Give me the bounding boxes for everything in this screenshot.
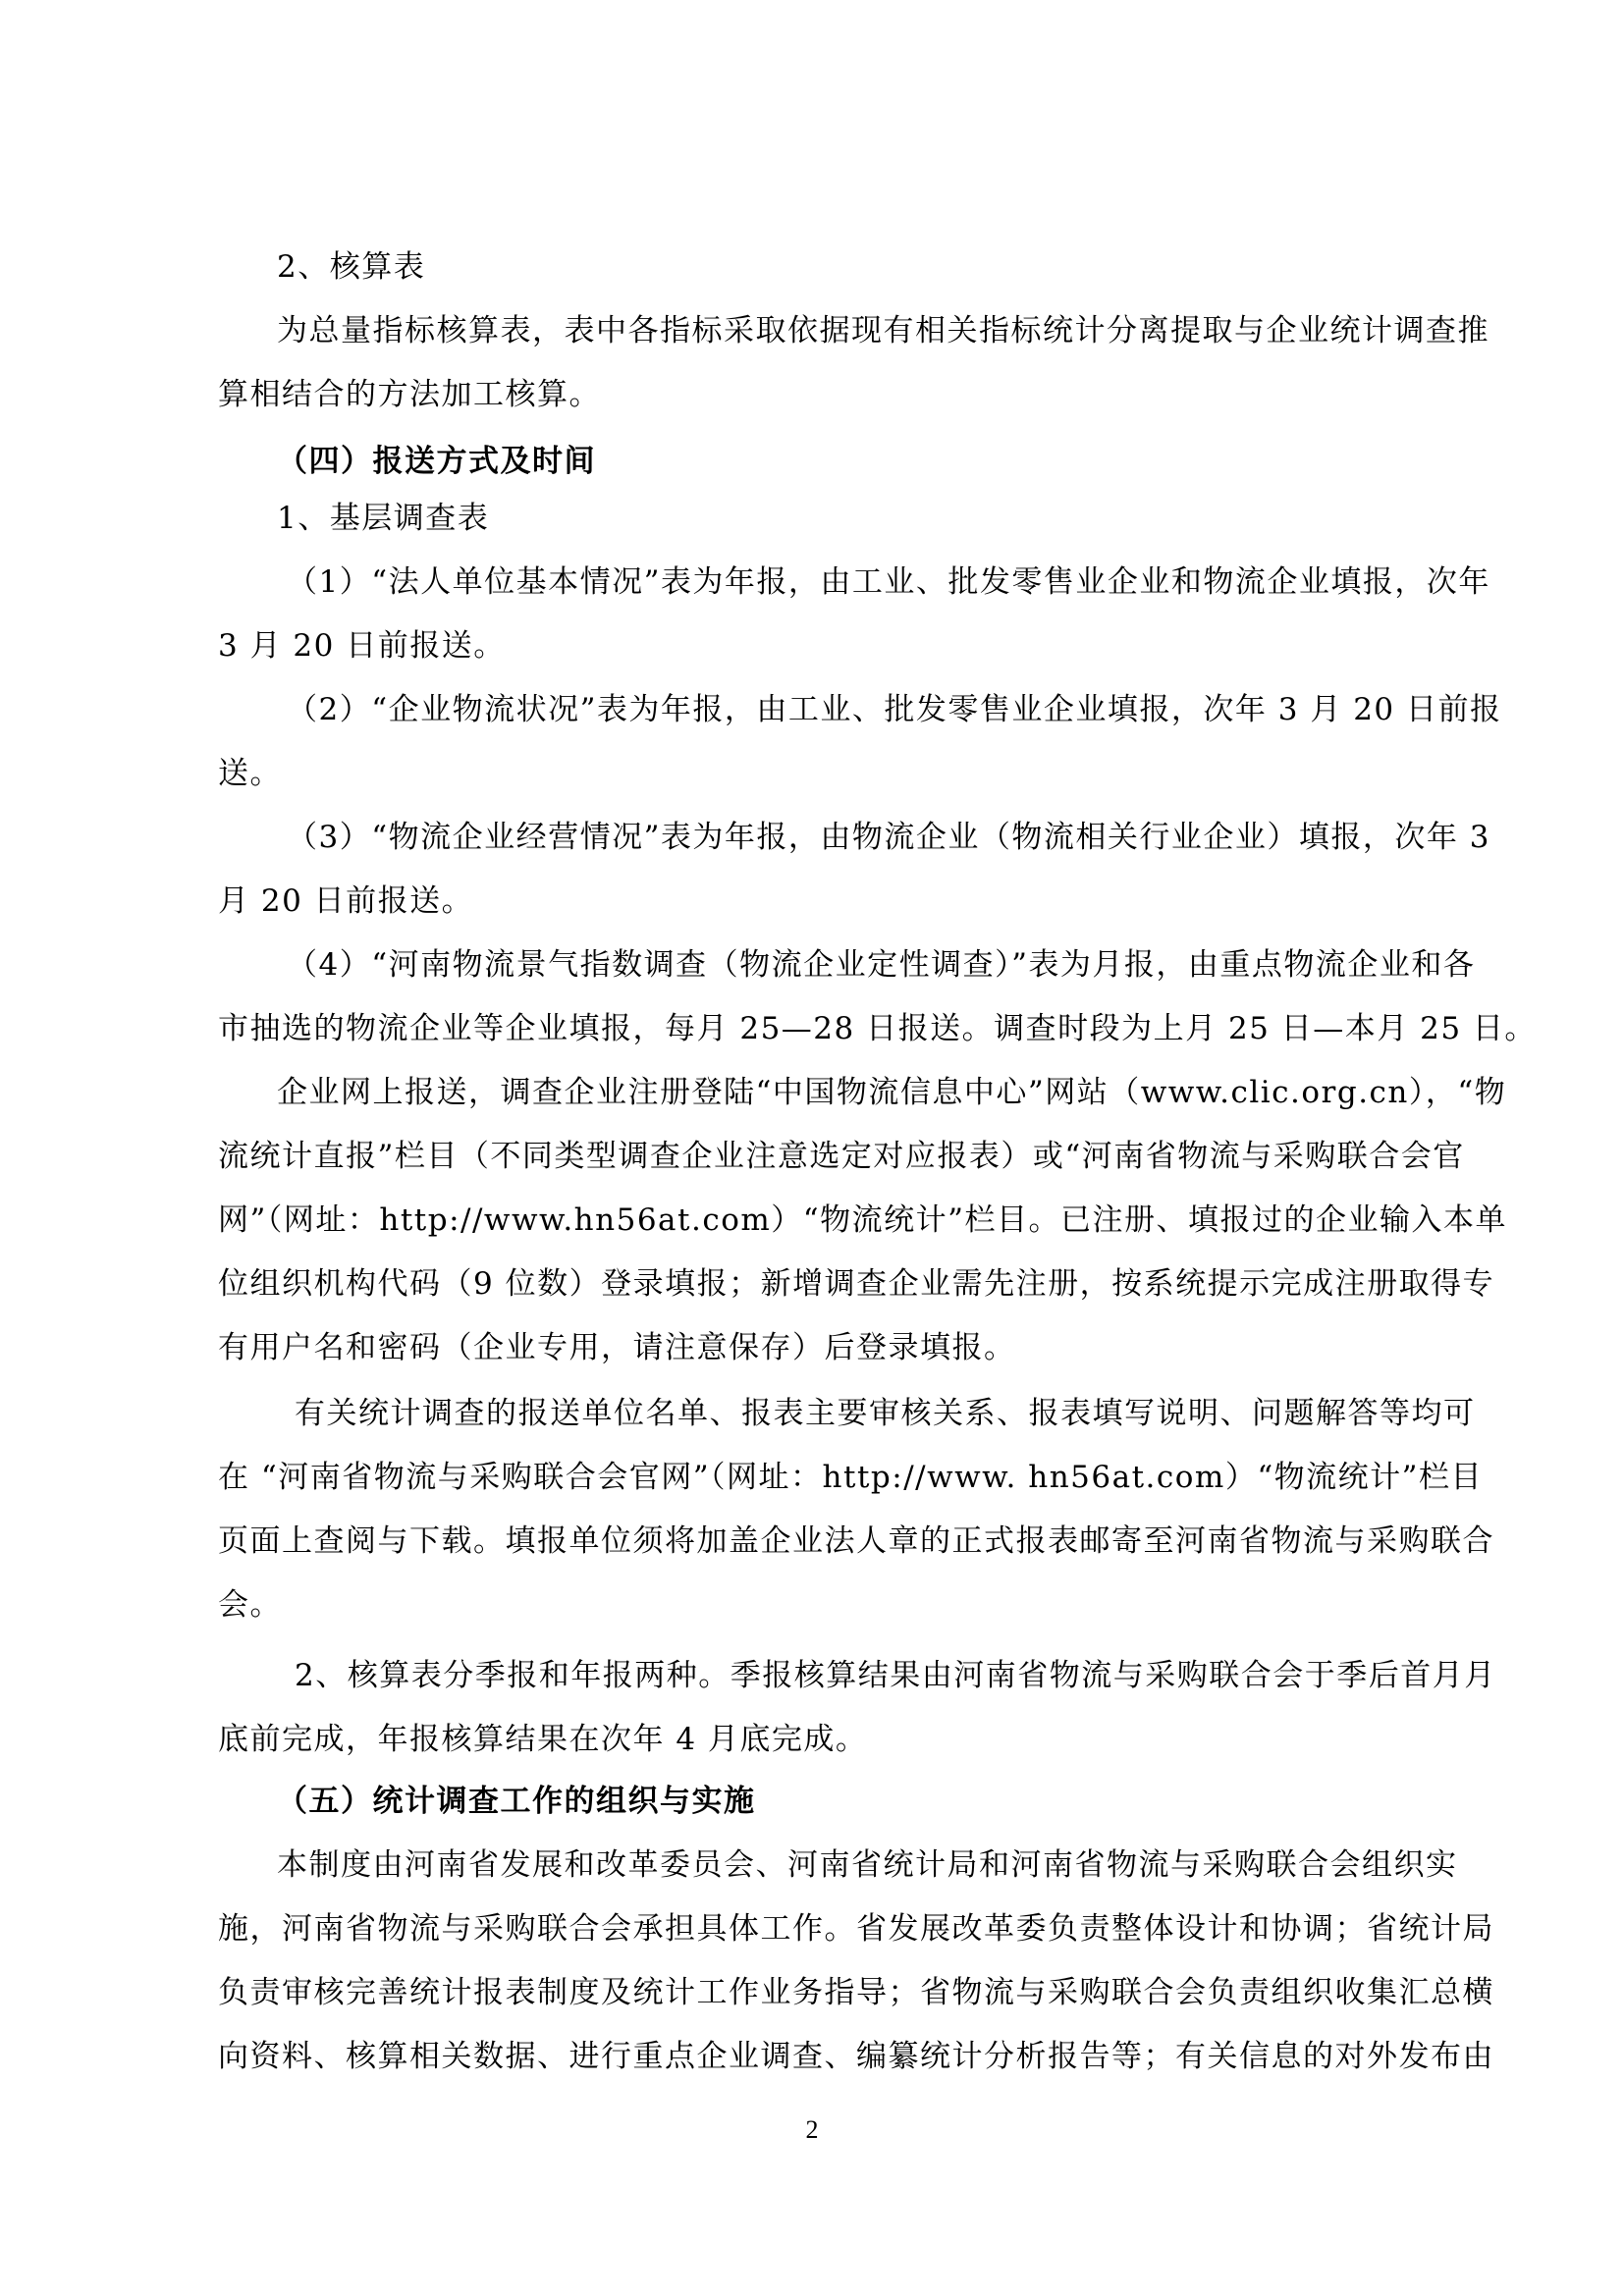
paragraph-line: 有关统计调查的报送单位名单、报表主要审核关系、报表填写说明、问题解答等均可 — [295, 1394, 1408, 1433]
paragraph-line: 在 “河南省物流与采购联合会官网”（网址：http://www. hn56at.… — [218, 1458, 1408, 1497]
list-item-line: （3）“物流企业经营情况”表为年报，由物流企业（物流相关行业企业）填报，次年 3 — [287, 818, 1408, 857]
paragraph-line: 位组织机构代码（9 位数）登录填报；新增调查企业需先注册，按系统提示完成注册取得… — [218, 1264, 1408, 1304]
paragraph-line: 底前完成，年报核算结果在次年 4 月底完成。 — [218, 1720, 1408, 1759]
list-item-line: （1）“法人单位基本情况”表为年报，由工业、批发零售业企业和物流企业填报，次年 — [287, 562, 1408, 602]
list-item-line: （2）“企业物流状况”表为年报，由工业、批发零售业企业填报，次年 3 月 20 … — [287, 690, 1408, 729]
paragraph-line: 算相结合的方法加工核算。 — [218, 375, 1408, 414]
list-item-line: 3 月 20 日前报送。 — [218, 626, 1408, 666]
paragraph-line: 网”（网址：http://www.hn56at.com）“物流统计”栏目。已注册… — [218, 1201, 1408, 1240]
document-page: 2、核算表 为总量指标核算表，表中各指标采取依据现有相关指标统计分离提取与企业统… — [0, 0, 1624, 2296]
page-number: 2 — [797, 2110, 827, 2150]
section-heading-4: （四）报送方式及时间 — [277, 442, 1408, 481]
paragraph-line: 有用户名和密码（企业专用，请注意保存）后登录填报。 — [218, 1328, 1408, 1367]
list-item-line: （4）“河南物流景气指数调查（物流企业定性调查）”表为月报，由重点物流企业和各 — [287, 945, 1408, 985]
paragraph-line: 施，河南省物流与采购联合会承担具体工作。省发展改革委负责整体设计和协调；省统计局 — [218, 1909, 1408, 1949]
paragraph-line: 本制度由河南省发展和改革委员会、河南省统计局和河南省物流与采购联合会组织实 — [277, 1845, 1408, 1885]
paragraph-line: 会。 — [218, 1585, 1408, 1625]
paragraph-line: 为总量指标核算表，表中各指标采取依据现有相关指标统计分离提取与企业统计调查推 — [277, 311, 1408, 350]
subheading-grassroots-survey: 1、基层调查表 — [277, 499, 1408, 538]
list-item-line: 送。 — [218, 754, 1408, 793]
list-item-line: 月 20 日前报送。 — [218, 881, 1408, 921]
subheading-accounting-table: 2、核算表 — [277, 247, 1408, 287]
section-heading-5: （五）统计调查工作的组织与实施 — [277, 1782, 1408, 1821]
paragraph-line: 流统计直报”栏目（不同类型调查企业注意选定对应报表）或“河南省物流与采购联合会官 — [218, 1137, 1408, 1176]
paragraph-line: 向资料、核算相关数据、进行重点企业调查、编纂统计分析报告等；有关信息的对外发布由 — [218, 2037, 1408, 2076]
paragraph-line: 页面上查阅与下载。填报单位须将加盖企业法人章的正式报表邮寄至河南省物流与采购联合 — [218, 1522, 1408, 1561]
paragraph-line: 企业网上报送，调查企业注册登陆“中国物流信息中心”网站（www.clic.org… — [277, 1073, 1408, 1112]
paragraph-line: 负责审核完善统计报表制度及统计工作业务指导；省物流与采购联合会负责组织收集汇总横 — [218, 1973, 1408, 2012]
list-item-line: 市抽选的物流企业等企业填报，每月 25—28 日报送。调查时段为上月 25 日—… — [218, 1009, 1408, 1048]
paragraph-line: 2、核算表分季报和年报两种。季报核算结果由河南省物流与采购联合会于季后首月月 — [295, 1656, 1408, 1695]
